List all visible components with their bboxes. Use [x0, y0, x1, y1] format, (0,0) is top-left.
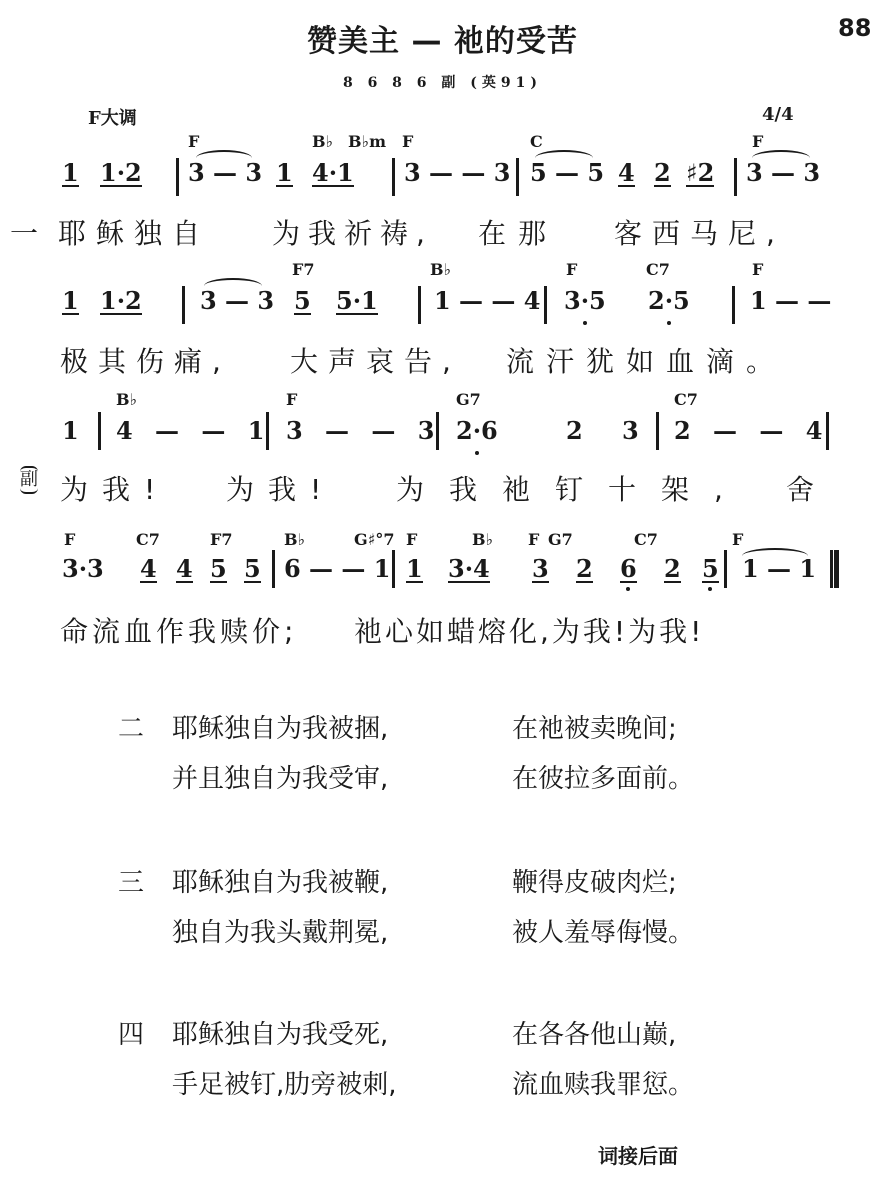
bar-line: [266, 412, 269, 450]
note: 2 — — 4: [674, 416, 822, 445]
note: 5: [294, 290, 311, 315]
music-system-3: B♭ F G7 C7 1 4 — — 1 3 — — 3 2·6 2 3 2 —…: [0, 388, 885, 513]
note: 2: [576, 558, 593, 583]
note: 4: [618, 162, 635, 187]
note: 2: [566, 416, 583, 445]
note: 2: [654, 162, 671, 187]
verse-number: 一: [10, 212, 38, 252]
chord-symbol: C7: [674, 390, 698, 409]
bar-line: [392, 550, 395, 588]
chord-symbol: F: [732, 530, 743, 549]
verse-line: 鞭得皮破肉烂;: [512, 862, 677, 899]
chord-symbol: F: [402, 132, 413, 151]
bar-line: [826, 412, 829, 450]
bar-line: [734, 158, 737, 196]
note: 3 — 3: [746, 158, 820, 187]
verse-line: 独自为我头戴荆冕,: [172, 912, 388, 949]
chord-symbol: F: [188, 132, 199, 151]
note: 3·4: [448, 558, 490, 583]
refrain-label: 副: [20, 466, 38, 494]
note: 2·5: [648, 286, 690, 315]
note: 1: [62, 162, 79, 187]
music-system-4: F C7 F7 B♭ G♯°7 F B♭ F G7 C7 F 3·3 4 4 5…: [0, 528, 885, 653]
note: ♯2: [686, 162, 714, 187]
note: 4: [176, 558, 193, 583]
note: 4 — — 1: [116, 416, 264, 445]
bar-line: [732, 286, 735, 324]
bar-line: [98, 412, 101, 450]
chord-symbol: G7: [456, 390, 481, 409]
note: 5 — 5: [530, 158, 604, 187]
verse-line: 在祂被卖晚间;: [512, 708, 677, 745]
note: 1: [62, 290, 79, 315]
chord-symbol: B♭: [430, 260, 451, 279]
note: 2: [664, 558, 681, 583]
lyric-phrase: 祂心如蜡熔化,为我!为我!: [354, 610, 704, 650]
chord-symbol: G7: [548, 530, 573, 549]
chord-symbol: B♭: [472, 530, 493, 549]
note: 3 — — 3: [286, 416, 434, 445]
bar-line: [272, 550, 275, 588]
bar-line: [392, 158, 395, 196]
music-system-1: F B♭ B♭m F C F 1 1·2 3 — 3 1 4·1 3 — — 3…: [0, 130, 885, 255]
note: 5: [244, 558, 261, 583]
note: 3·3: [62, 554, 104, 583]
note: 1: [62, 416, 79, 445]
lyric-phrase: 为我祂钉十架,: [396, 468, 748, 508]
chord-symbol: F: [566, 260, 577, 279]
note: 5: [210, 558, 227, 583]
note: 5: [702, 558, 719, 583]
verse-number: 二: [118, 708, 144, 745]
lyric-phrase: 命流血作我赎价;: [60, 610, 297, 650]
bar-line: [176, 158, 179, 196]
bar-line: [418, 286, 421, 324]
note: 5·1: [336, 290, 378, 315]
chord-symbol: C7: [646, 260, 670, 279]
verse-line: 耶稣独自为我被鞭,: [172, 862, 388, 899]
chord-symbol: F: [752, 260, 763, 279]
note: 3: [532, 558, 549, 583]
bar-line: [182, 286, 185, 324]
note: 4: [140, 558, 157, 583]
chord-symbol: F: [64, 530, 75, 549]
note: 1·2: [100, 290, 142, 315]
chord-symbol: C7: [136, 530, 160, 549]
verse-line: 被人羞辱侮慢。: [512, 912, 694, 949]
lyric-phrase: 极其伤痛,: [60, 340, 231, 380]
chord-symbol: C7: [634, 530, 658, 549]
note: 1: [406, 558, 423, 583]
lyric-phrase: 耶稣独自: [58, 212, 210, 252]
chord-symbol: B♭m: [348, 132, 386, 151]
verse-line: 在各各他山巅,: [512, 1014, 676, 1051]
chord-symbol: F: [406, 530, 417, 549]
lyric-phrase: 大声哀告,: [290, 340, 461, 380]
note: 3 — 3: [188, 158, 262, 187]
chord-symbol: F7: [292, 260, 315, 279]
verse-line: 耶稣独自为我受死,: [172, 1014, 388, 1051]
chord-symbol: B♭: [116, 390, 137, 409]
hymn-title: 赞美主 — 祂的受苦: [0, 16, 885, 60]
bar-line: [724, 550, 727, 588]
note: 2·6: [456, 416, 498, 445]
note: 1 — 1: [742, 554, 816, 583]
key-signature: F大调: [88, 104, 137, 130]
chord-symbol: C: [530, 132, 543, 151]
chord-symbol: F: [528, 530, 539, 549]
verse-line: 耶稣独自为我被捆,: [172, 708, 388, 745]
page-number: 88: [838, 14, 871, 42]
note: 6: [620, 558, 637, 583]
verse-line: 手足被钉,肋旁被刺,: [172, 1064, 397, 1101]
bar-line: [656, 412, 659, 450]
meter-info: 8 6 8 6 副 (英91): [0, 72, 885, 92]
chord-symbol: F7: [210, 530, 233, 549]
bar-line: [436, 412, 439, 450]
chord-symbol: F: [752, 132, 763, 151]
lyric-phrase: 为我!: [60, 468, 169, 508]
final-bar-line: [830, 550, 839, 588]
note: 4·1: [312, 162, 354, 187]
lyric-phrase: 客西马尼,: [614, 212, 785, 252]
note: 1·2: [100, 162, 142, 187]
note: 3 — — 3: [404, 158, 510, 187]
chord-symbol: G♯°7: [354, 530, 395, 549]
verse-line: 流血赎我罪愆。: [512, 1064, 694, 1101]
note: 1 — —: [750, 286, 831, 315]
lyric-phrase: 为我祈祷,: [272, 212, 433, 252]
bar-line: [516, 158, 519, 196]
chord-symbol: F: [286, 390, 297, 409]
time-signature: 4/4: [762, 104, 794, 125]
lyric-phrase: 为我!: [226, 468, 335, 508]
note: 1 — — 4: [434, 286, 540, 315]
note: 3·5: [564, 286, 606, 315]
verse-line: 在彼拉多面前。: [512, 758, 694, 795]
lyric-phrase: 流汗犹如血滴。: [506, 340, 786, 380]
chord-symbol: B♭: [312, 132, 333, 151]
continued-note: 词接后面: [598, 1140, 678, 1169]
note: 1: [276, 162, 293, 187]
verse-line: 并且独自为我受审,: [172, 758, 388, 795]
note: 3: [622, 416, 639, 445]
chord-symbol: B♭: [284, 530, 305, 549]
note: 6 — — 1: [284, 554, 390, 583]
verse-number: 三: [118, 862, 144, 899]
lyric-phrase: 在那: [478, 212, 558, 252]
note: 3 — 3: [200, 286, 274, 315]
verse-number: 四: [118, 1014, 144, 1051]
music-system-2: F7 B♭ F C7 F 1 1·2 3 — 3 5 5·1 1 — — 4 3…: [0, 258, 885, 383]
bar-line: [544, 286, 547, 324]
lyric-phrase: 舍: [786, 468, 814, 508]
